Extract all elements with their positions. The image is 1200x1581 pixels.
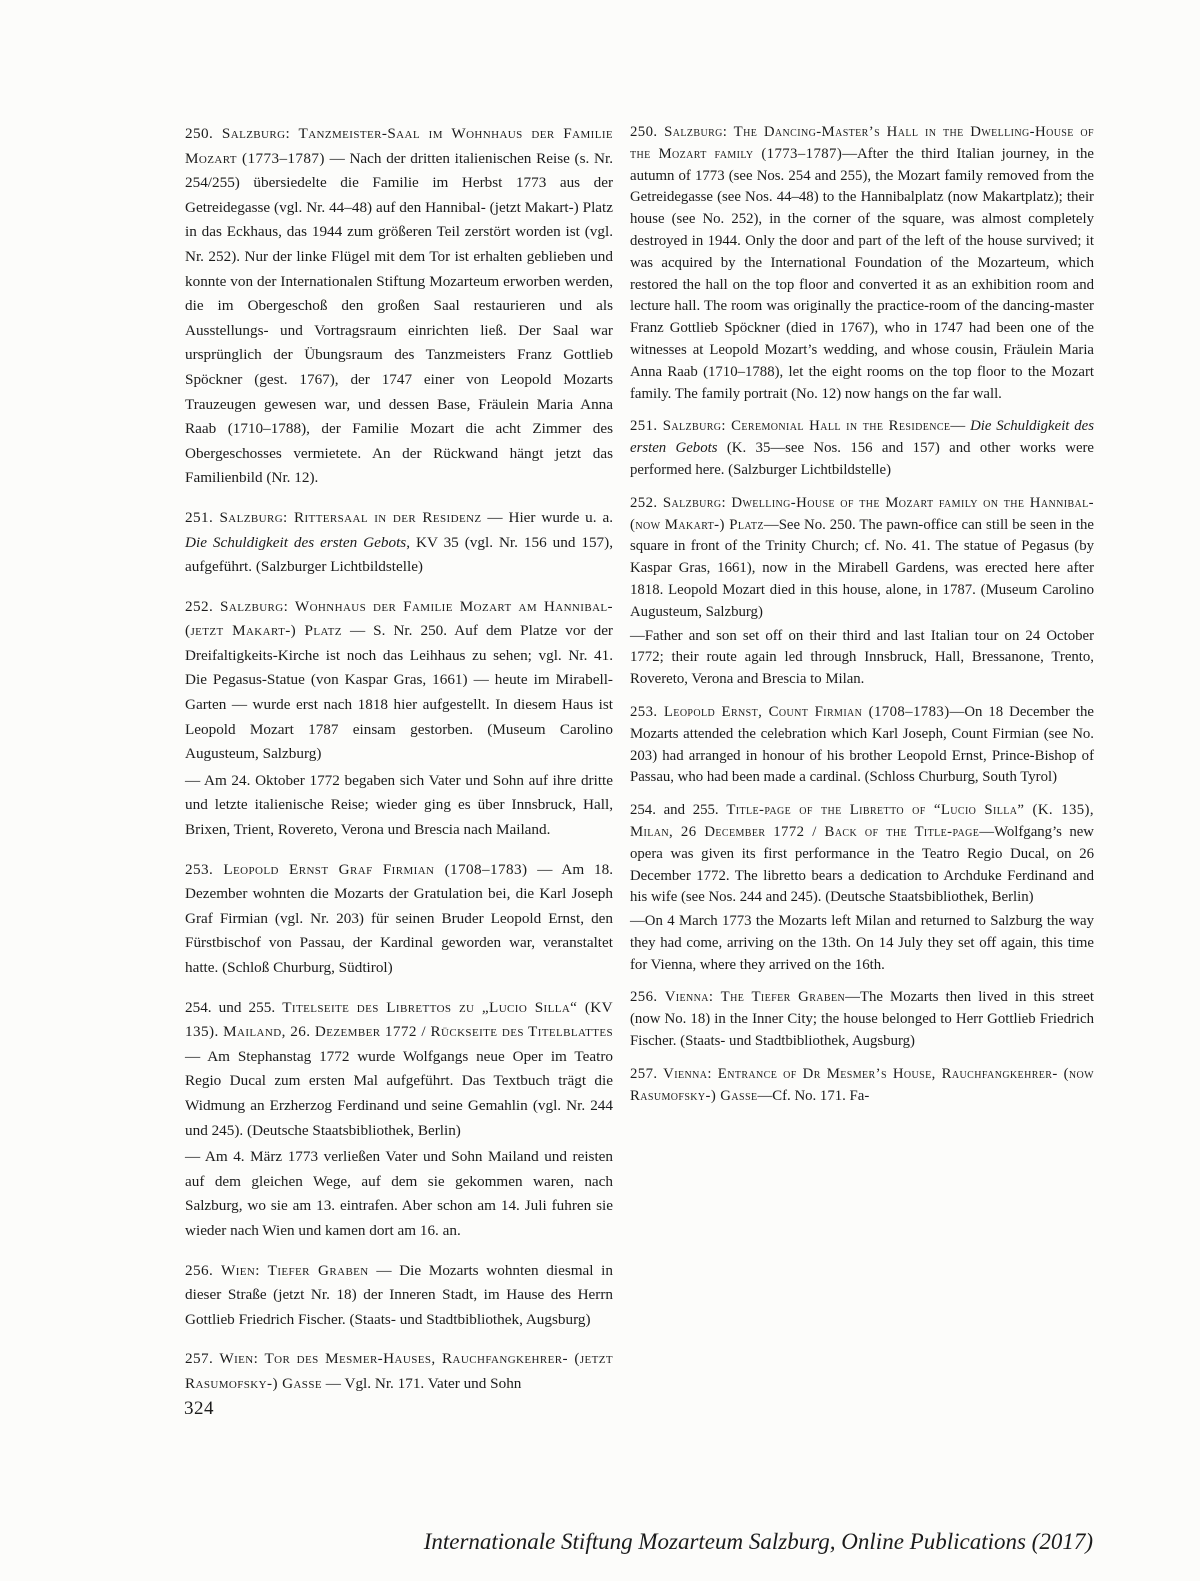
- entry-text: 254. and 255.: [630, 802, 726, 818]
- entry-heading: 253. Leopold Ernst, Count Firmian (1708–…: [630, 704, 950, 720]
- entry-paragraph: —Father and son set off on their third a…: [630, 626, 1094, 691]
- entry-text: 254. und 255.: [185, 999, 282, 1016]
- work-title-italic: Die Schuldigkeit des ersten Gebots: [185, 534, 406, 551]
- entry-paragraph: — Am 4. März 1773 verließen Vater und So…: [185, 1145, 613, 1243]
- entry-250-english: 250. Salzburg: The Dancing-Master’s Hall…: [630, 122, 1094, 405]
- entry-253-german: 253. Leopold Ernst Graf Firmian (1708–17…: [185, 858, 613, 981]
- entry-paragraph: 251. Salzburg: Ceremonial Hall in the Re…: [630, 416, 1094, 481]
- entry-text: —After the third Italian journey, in the…: [630, 146, 1094, 402]
- footer-publication-line: Internationale Stiftung Mozarteum Salzbu…: [424, 1529, 1093, 1555]
- entry-paragraph: 253. Leopold Ernst Graf Firmian (1708–17…: [185, 858, 613, 981]
- entry-252-english: 252. Salzburg: Dwelling-House of the Moz…: [630, 493, 1094, 691]
- entry-paragraph: 257. Wien: Tor des Mesmer-Hauses, Rauchf…: [185, 1347, 613, 1396]
- entry-paragraph: — Am 24. Oktober 1772 begaben sich Vater…: [185, 769, 613, 843]
- entry-253-english: 253. Leopold Ernst, Count Firmian (1708–…: [630, 702, 1094, 789]
- entry-paragraph: 257. Vienna: Entrance of Dr Mesmer’s Hou…: [630, 1064, 1094, 1108]
- entry-text: —On 4 March 1773 the Mozarts left Milan …: [630, 913, 1094, 973]
- entry-paragraph: —On 4 March 1773 the Mozarts left Milan …: [630, 911, 1094, 976]
- entry-paragraph: 252. Salzburg: Dwelling-House of the Moz…: [630, 493, 1094, 624]
- page-number: 324: [184, 1398, 214, 1420]
- entry-text: —Cf. No. 171. Fa-: [757, 1088, 869, 1104]
- entry-text: — S. Nr. 250. Auf dem Platze vor der Dre…: [185, 622, 613, 762]
- entry-254-255-english: 254. and 255. Title-page of the Libretto…: [630, 800, 1094, 976]
- entry-heading: 251. Salzburg: Rittersaal in der Residen…: [185, 509, 482, 526]
- entry-paragraph: 254. und 255. Titelseite des Librettos z…: [185, 996, 613, 1144]
- entry-250-german: 250. Salzburg: Tanzmeister-Saal im Wohnh…: [185, 122, 613, 491]
- entry-text: — Nach der dritten italienischen Reise (…: [185, 150, 613, 487]
- entry-paragraph: 251. Salzburg: Rittersaal in der Residen…: [185, 506, 613, 580]
- entry-text: — Am Stephanstag 1772 wurde Wolfgangs ne…: [185, 1048, 613, 1139]
- entry-256-english: 256. Vienna: The Tiefer Graben—The Mozar…: [630, 987, 1094, 1052]
- entry-text: —: [950, 418, 970, 434]
- entry-text: — Vgl. Nr. 171. Vater und Sohn: [322, 1375, 521, 1392]
- entry-257-english: 257. Vienna: Entrance of Dr Mesmer’s Hou…: [630, 1064, 1094, 1108]
- entry-text: — Am 4. März 1773 verließen Vater und So…: [185, 1148, 613, 1239]
- entry-text: —Father and son set off on their third a…: [630, 628, 1094, 688]
- text-columns: 250. Salzburg: Tanzmeister-Saal im Wohnh…: [185, 122, 1094, 1397]
- entry-251-german: 251. Salzburg: Rittersaal in der Residen…: [185, 506, 613, 580]
- entry-heading: 251. Salzburg: Ceremonial Hall in the Re…: [630, 418, 950, 434]
- entry-paragraph: 252. Salzburg: Wohnhaus der Familie Moza…: [185, 595, 613, 767]
- column-english: 250. Salzburg: The Dancing-Master’s Hall…: [630, 122, 1094, 1397]
- book-page: 250. Salzburg: Tanzmeister-Saal im Wohnh…: [0, 0, 1200, 1581]
- entry-251-english: 251. Salzburg: Ceremonial Hall in the Re…: [630, 416, 1094, 481]
- entry-paragraph: 256. Wien: Tiefer Graben — Die Mozarts w…: [185, 1259, 613, 1333]
- entry-paragraph: 254. and 255. Title-page of the Libretto…: [630, 800, 1094, 909]
- entry-256-german: 256. Wien: Tiefer Graben — Die Mozarts w…: [185, 1259, 613, 1333]
- entry-257-german: 257. Wien: Tor des Mesmer-Hauses, Rauchf…: [185, 1347, 613, 1396]
- column-german: 250. Salzburg: Tanzmeister-Saal im Wohnh…: [185, 122, 613, 1397]
- entry-paragraph: 250. Salzburg: Tanzmeister-Saal im Wohnh…: [185, 122, 613, 491]
- entry-paragraph: 253. Leopold Ernst, Count Firmian (1708–…: [630, 702, 1094, 789]
- entry-heading: 253. Leopold Ernst Graf Firmian (1708–17…: [185, 861, 527, 878]
- entry-heading: 256. Wien: Tiefer Graben: [185, 1262, 369, 1279]
- entry-heading: 256. Vienna: The Tiefer Graben: [630, 989, 845, 1005]
- entry-252-german: 252. Salzburg: Wohnhaus der Familie Moza…: [185, 595, 613, 843]
- entry-text: — Am 24. Oktober 1772 begaben sich Vater…: [185, 772, 613, 838]
- entry-paragraph: 256. Vienna: The Tiefer Graben—The Mozar…: [630, 987, 1094, 1052]
- entry-text: — Hier wurde u. a.: [482, 509, 613, 526]
- entry-254-255-german: 254. und 255. Titelseite des Librettos z…: [185, 996, 613, 1244]
- entry-paragraph: 250. Salzburg: The Dancing-Master’s Hall…: [630, 122, 1094, 405]
